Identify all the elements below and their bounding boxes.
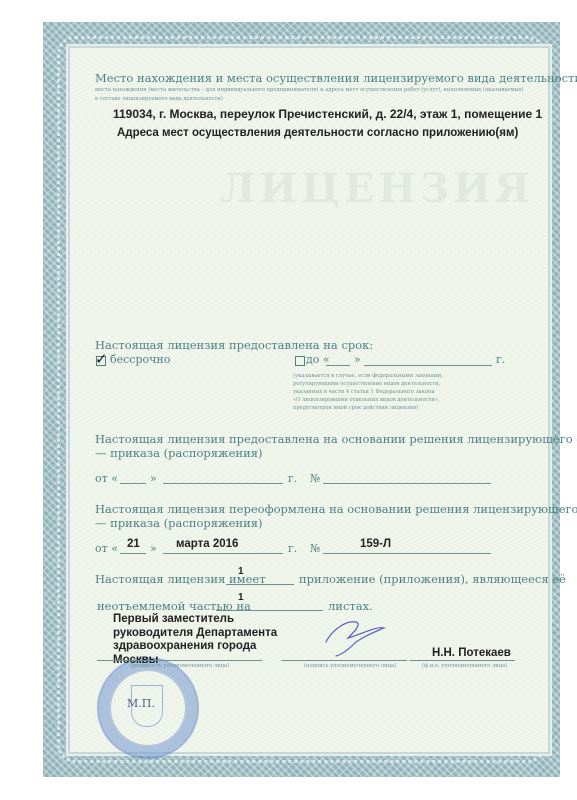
address: 119034, г. Москва, переулок Пречистенски…: [113, 107, 542, 121]
reissued-quote-close: »: [150, 542, 157, 555]
term-note-line: «О лицензировании отдельных видов деятел…: [293, 396, 443, 404]
until-year-suffix: г.: [496, 353, 505, 366]
indefinite-label: бессрочно: [110, 353, 170, 366]
reissued-month-year: марта 2016: [176, 538, 238, 550]
signature-line-rule: [282, 660, 407, 661]
until-month-line: [364, 365, 492, 366]
watermark: ЛИЦЕНЗИЯ: [220, 165, 420, 212]
position-line: Первый заместитель: [113, 613, 277, 627]
sheets-count-line: [216, 610, 323, 611]
term-note: (указывается в случае, если федеральными…: [293, 372, 443, 412]
reissued-number-line: [323, 553, 491, 554]
reissued-number-label: №: [310, 542, 320, 555]
location-heading-text: Место нахождения и места осуществления л…: [95, 71, 577, 85]
granted-from-label: от «: [95, 472, 118, 485]
appendices-count: 1: [238, 566, 244, 577]
sheets-suffix: листах.: [328, 599, 373, 613]
granted-day-line: [120, 483, 146, 484]
reissued-heading-2: — приказа (распоряжения): [95, 516, 262, 530]
reissued-year-suffix: г.: [288, 542, 297, 555]
position-line: здравоохранения города: [113, 640, 277, 654]
location-note-2: места нахождения (места жительства – для…: [95, 86, 524, 94]
reissued-heading-1: Настоящая лицензия переоформлена на осно…: [95, 502, 577, 516]
reissued-number: 159-Л: [360, 538, 391, 550]
reissued-month-line: [163, 553, 283, 554]
term-note-line: предусмотрен иной срок действия лицензии…: [293, 404, 443, 412]
term-note-line: указанных в части 4 статьи 1 Федеральног…: [293, 388, 443, 396]
granted-month-line: [163, 483, 283, 484]
signatory-name: Н.Н. Потекаев: [432, 647, 511, 659]
term-note-line: (указывается в случае, если федеральными…: [293, 372, 443, 380]
appendices-count-line: [226, 584, 294, 585]
position-line-rule: [97, 660, 262, 661]
handwritten-signature: [318, 612, 398, 662]
until-day-line: [326, 365, 350, 366]
reissued-day: 21: [127, 538, 140, 550]
position-line: руководителя Департамента: [113, 627, 277, 641]
until-quote-close: »: [354, 353, 361, 366]
reissued-from-label: от «: [95, 542, 118, 555]
sheets-count: 1: [238, 592, 244, 603]
location-note-3: в составе лицензируемого вида деятельнос…: [95, 95, 223, 103]
granted-heading-1: Настоящая лицензия предоставлена на осно…: [95, 432, 577, 446]
granted-heading-2: — приказа (распоряжения): [95, 446, 262, 460]
term-heading: Настоящая лицензия предоставлена на срок…: [95, 338, 373, 352]
granted-number-label: №: [310, 472, 320, 485]
appendices-suffix: приложение (приложения), являющееся её: [299, 572, 566, 586]
granted-quote-close: »: [150, 472, 157, 485]
term-note-line: регулирующими осуществление видов деятел…: [293, 380, 443, 388]
location-heading: Место нахождения и места осуществления л…: [95, 71, 577, 85]
check-mark-icon: ✓: [95, 352, 108, 367]
address-appendix: Адреса мест осуществления деятельности с…: [117, 127, 518, 139]
until-checkbox[interactable]: [295, 356, 305, 366]
stamp-label: М.П.: [127, 697, 155, 710]
signature-caption: (подпись уполномоченного лица): [304, 662, 396, 670]
reissued-day-line: [120, 553, 146, 554]
name-caption: (ф.и.о. уполномоченного лица): [422, 662, 507, 670]
name-line-rule: [410, 660, 515, 661]
position-caption: (должность уполномоченного лица): [130, 662, 229, 670]
granted-number-line: [323, 483, 491, 484]
signatory-position: Первый заместитель руководителя Департам…: [113, 613, 277, 667]
granted-year-suffix: г.: [288, 472, 297, 485]
